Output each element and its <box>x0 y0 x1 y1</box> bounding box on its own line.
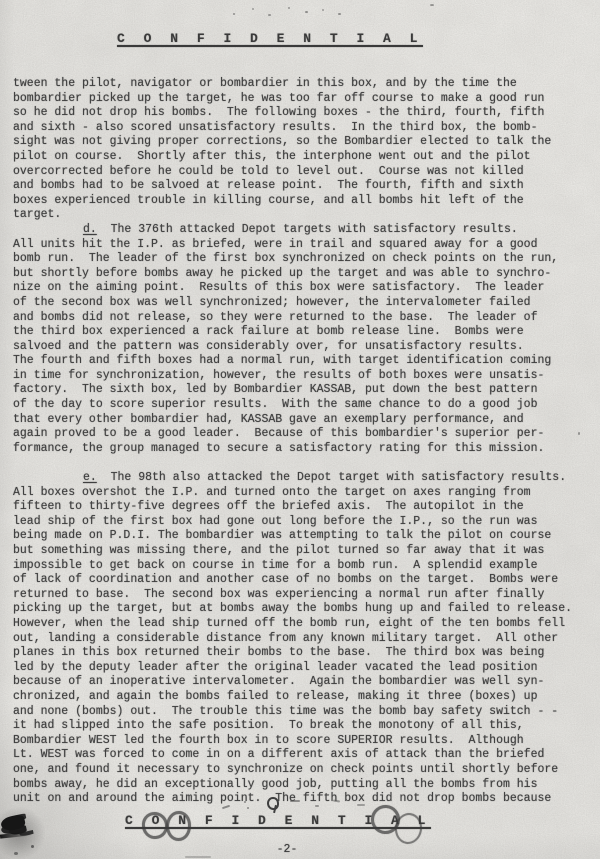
ink-speck <box>14 852 18 855</box>
ink-speck <box>430 4 434 6</box>
paragraph-d-first-line: d. The 376th attacked Depot targets with… <box>13 223 591 238</box>
ink-speck <box>31 845 34 848</box>
classification-header: C O N F I D E N T I A L <box>0 31 540 46</box>
ink-speck <box>268 14 271 16</box>
pencil-mark <box>244 801 246 803</box>
ink-speck <box>305 11 308 13</box>
paragraph-marker-d: d. <box>83 223 97 236</box>
ink-speck <box>233 13 235 15</box>
ink-speck <box>322 9 324 11</box>
ink-speck <box>252 8 254 10</box>
pencil-squiggle <box>267 797 279 810</box>
smudge-mark <box>185 856 211 858</box>
paragraph-marker-e: e. <box>83 471 97 484</box>
paragraph-e: e. The 98th also attacked the Depot targ… <box>13 471 591 807</box>
pencil-mark <box>290 800 300 802</box>
ink-speck <box>338 13 341 15</box>
paragraph-d-first-line-text: The 376th attacked Depot targets with sa… <box>97 223 518 236</box>
document-body: tween the pilot, navigator or bombardier… <box>13 77 591 807</box>
pencil-mark <box>247 807 249 809</box>
page-number: -2- <box>277 843 298 856</box>
classification-footer: C O N F I D E N T I A L <box>0 813 556 828</box>
pencil-mark <box>315 805 319 807</box>
paragraph-e-body: All boxes overshot the I.P. and turned o… <box>13 486 591 807</box>
paragraph-d: d. The 376th attacked Depot targets with… <box>13 223 591 457</box>
pencil-mark <box>357 804 365 806</box>
scanned-document-page: C O N F I D E N T I A L tween the pilot,… <box>0 0 600 859</box>
paragraph-e-first-line: e. The 98th also attacked the Depot targ… <box>13 471 591 486</box>
ink-speck <box>288 7 290 9</box>
paragraph-intro: tween the pilot, navigator or bombardier… <box>13 77 591 223</box>
paragraph-d-body: All units hit the I.P. as briefed, were … <box>13 238 591 457</box>
paragraph-e-first-line-text: The 98th also attacked the Depot target … <box>97 471 566 484</box>
